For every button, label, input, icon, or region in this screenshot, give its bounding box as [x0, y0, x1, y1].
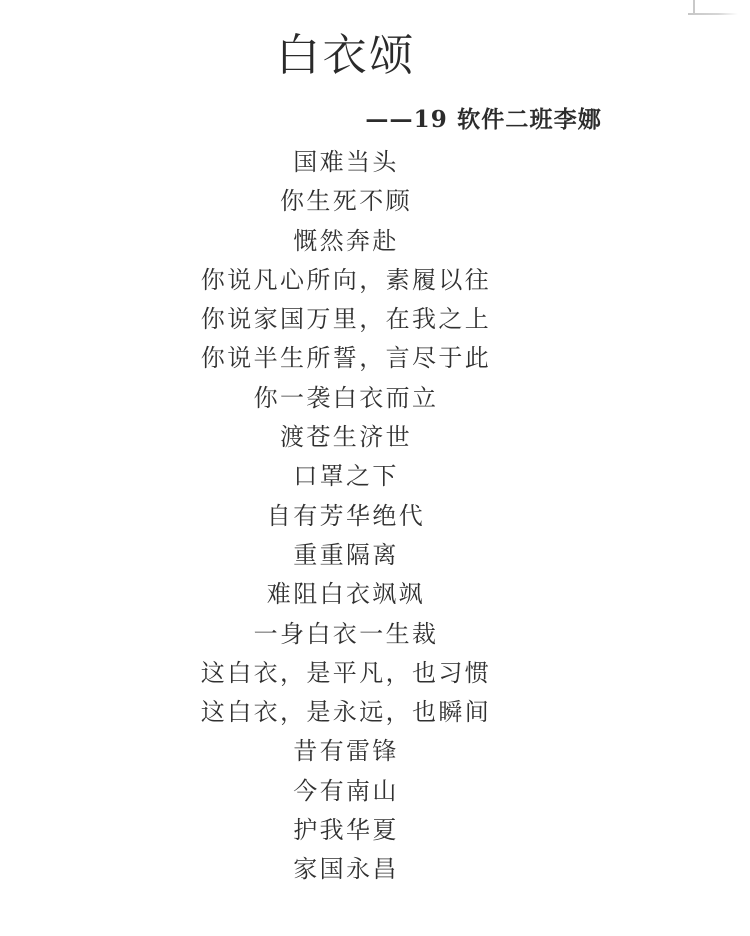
poem-line: 护我华夏	[0, 811, 692, 850]
poem-line: 这白衣，是平凡，也习惯	[0, 654, 692, 693]
poem-line: 自有芳华绝代	[0, 497, 692, 536]
poem-line: 你生死不顾	[0, 182, 692, 221]
poem-line: 难阻白衣飒飒	[0, 575, 692, 614]
page-corner-vertical-line	[693, 0, 695, 14]
poem-line: 你说凡心所向，素履以往	[0, 261, 692, 300]
document-content: 白衣颂 ——19 软件二班李娜 国难当头 你生死不顾 慨然奔赴 你说凡心所向，素…	[0, 0, 692, 936]
poem-line: 口罩之下	[0, 457, 692, 496]
page-corner-horizontal-line	[688, 13, 738, 15]
poem-line: 这白衣，是永远，也瞬间	[0, 693, 692, 732]
poem-line: 渡苍生济世	[0, 418, 692, 457]
poem-line: 家国永昌	[0, 850, 692, 889]
poem-line: 你一袭白衣而立	[0, 379, 692, 418]
poem-line: 慨然奔赴	[0, 222, 692, 261]
poem-body: 国难当头 你生死不顾 慨然奔赴 你说凡心所向，素履以往 你说家国万里，在我之上 …	[0, 143, 692, 890]
poem-line: 重重隔离	[0, 536, 692, 575]
poem-line: 昔有雷锋	[0, 732, 692, 771]
poem-line: 今有南山	[0, 772, 692, 811]
poem-title: 白衣颂	[0, 28, 692, 83]
poem-line: 一身白衣一生裁	[0, 615, 692, 654]
poem-line: 你说家国万里，在我之上	[0, 300, 692, 339]
poem-byline: ——19 软件二班李娜	[0, 101, 692, 134]
page-corner-mark	[693, 0, 750, 18]
document-page: 白衣颂 ——19 软件二班李娜 国难当头 你生死不顾 慨然奔赴 你说凡心所向，素…	[0, 0, 750, 936]
poem-line: 你说半生所誓，言尽于此	[0, 339, 692, 378]
poem-line: 国难当头	[0, 143, 692, 182]
